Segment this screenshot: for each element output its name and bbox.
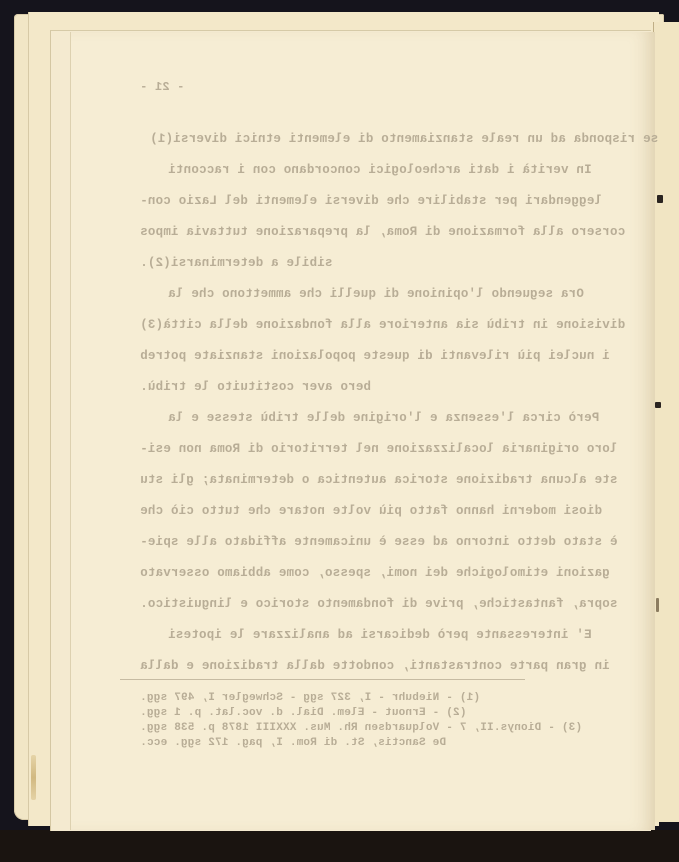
body-line: sibile a determinarsi(2). (140, 256, 333, 270)
body-line: divisione in tribù sia anteriore alla fo… (140, 318, 625, 332)
page-number: - 21 - (140, 80, 184, 94)
body-line: se risponda ad un reale stanziamento di … (150, 132, 658, 146)
body-line: loro originaria localizzazione nel terri… (140, 442, 617, 456)
footnote: (1) - Niebuhr - I, 327 sgg - Schwegler I… (140, 692, 480, 704)
body-line: bero aver costituito le tribù. (140, 380, 371, 394)
body-line: ste alcuna tradizione storica autentica … (140, 473, 617, 487)
footnote-divider (120, 679, 525, 680)
body-line: sopra, fantastiche, prive di fondamento … (140, 597, 617, 611)
body-line: corsero alla formazione di Roma, la prep… (140, 225, 625, 239)
footnote: (2) - Ernout - Elem. Dial. d. voc.lat. p… (140, 707, 466, 719)
body-line: diosi moderni hanno fatto più volte nota… (140, 504, 602, 518)
footnote: (3) - Dionys.II, 7 - Volquardsen Rh. Mus… (140, 722, 582, 734)
bleed-through-text: - 21 - se risponda ad un reale stanziame… (120, 0, 660, 862)
body-line: leggendari per stabilire che diversi ele… (140, 194, 602, 208)
body-line: gazioni etimologiche dei nomi, spesso, c… (140, 566, 610, 580)
body-line: è stato detto intorno ad esse è unicamen… (140, 535, 617, 549)
body-line: Ora seguendo l'opinione di quelli che am… (168, 287, 584, 301)
body-line: i nuclei più rilevanti di queste popolaz… (140, 349, 610, 363)
footnote: De Sanctis, St. di Rom. I, pag. 172 sgg.… (140, 737, 446, 749)
body-line: E' interessante però dedicarsi ad analiz… (168, 628, 592, 642)
body-line: In verità i dati archeologici concordano… (168, 163, 592, 177)
paper-stain (31, 755, 36, 800)
body-line: Però circa l'essenza e l'origine delle t… (168, 411, 599, 425)
body-line: in gran parte contrastanti, condotte dal… (140, 659, 610, 673)
